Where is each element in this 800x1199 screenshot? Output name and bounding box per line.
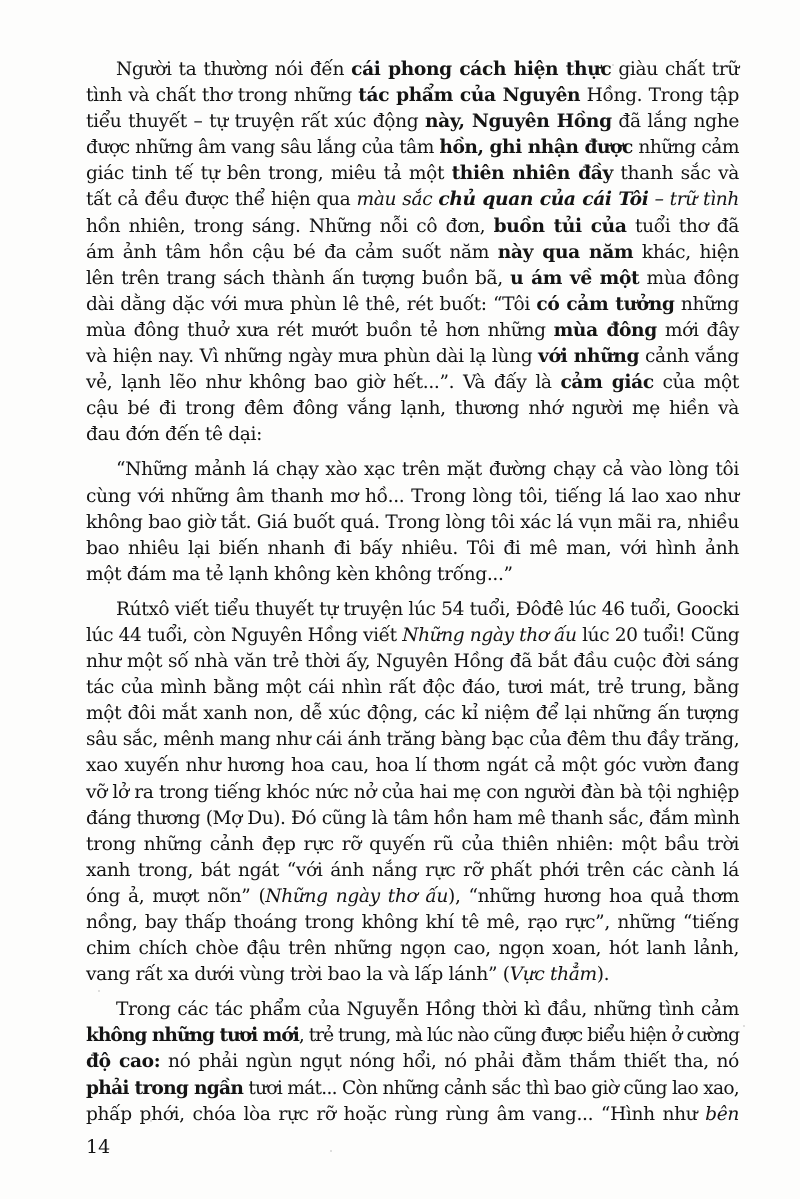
- bold-text: không những tươi mới: [86, 1025, 299, 1046]
- bold-text: với những: [538, 346, 639, 367]
- text-run: óng ả, mượt nõn” (: [86, 886, 265, 907]
- scan-speck: [98, 990, 100, 992]
- text-run: cùng với những âm thanh mơ hồ... Trong l…: [86, 486, 739, 507]
- text-line: đáng thương (Mợ Du). Đó cũng là tâm hồn …: [86, 806, 739, 832]
- text-line: độ cao: nó phải ngùn ngụt nóng hổi, nó p…: [86, 1049, 739, 1075]
- text-line: được những âm vang sâu lắng của tâm hồn,…: [86, 135, 739, 161]
- text-run: ).: [597, 964, 609, 985]
- text-line: phấp phới, chóa lòa rực rỡ hoặc rùng rùn…: [86, 1102, 739, 1128]
- text-run: nồng, bay thấp thoáng trong không khí tê…: [86, 912, 739, 933]
- text-line: Trong các tác phẩm của Nguyễn Hồng thời …: [86, 997, 739, 1023]
- text-run: ), “những hương hoa quả thơm: [448, 886, 739, 907]
- bold-text: tác phẩm của Nguyên: [358, 85, 580, 106]
- text-line: xao xuyến như hương hoa cau, hoa lí thơm…: [86, 753, 739, 779]
- text-run: xanh trong, bát ngát “với ánh nắng rực r…: [86, 860, 739, 881]
- body-paragraph: Trong các tác phẩm của Nguyễn Hồng thời …: [86, 997, 739, 1127]
- italic-text: Những ngày thơ ấu: [402, 625, 576, 646]
- text-run: phấp phới, chóa lòa rực rỡ hoặc rùng rùn…: [86, 1104, 705, 1125]
- text-run: tươi mát... Còn những cảnh sắc thì bao g…: [243, 1078, 739, 1099]
- text-run: không bao giờ tắt. Giá buốt quá. Trong l…: [86, 512, 739, 533]
- text-line: giác tinh tế tự bên trong, miêu tả một t…: [86, 161, 739, 187]
- italic-text: màu sắc: [357, 189, 439, 210]
- text-line: xanh trong, bát ngát “với ánh nắng rực r…: [86, 858, 739, 884]
- italic-text: – trữ tình: [648, 189, 739, 210]
- text-run: khác, hiện: [633, 242, 739, 263]
- text-line: dài dằng dặc với mưa phùn lê thê, rét bu…: [86, 292, 739, 318]
- bold-text: này qua năm: [498, 242, 634, 263]
- bold-text: này, Nguyên Hồng: [425, 111, 612, 132]
- text-run: Trong các tác phẩm của Nguyễn Hồng thời …: [116, 999, 739, 1020]
- paragraph-gap: [86, 988, 739, 997]
- text-line: lên trên trang sách thành ấn tượng buồn …: [86, 266, 739, 292]
- text-run: trong những cảnh đẹp rực rỡ quyến rũ của…: [86, 834, 739, 855]
- text-run: vỡ lở ra trong tiếng khóc nức nở của hai…: [86, 782, 739, 803]
- bold-text: u ám về một: [510, 268, 639, 289]
- text-line: phải trong ngần tươi mát... Còn những cả…: [86, 1076, 739, 1102]
- text-run: Hồng. Trong tập: [580, 85, 739, 106]
- text-line: và hiện nay. Vì những ngày mưa phùn dài …: [86, 344, 739, 370]
- text-line: tình và chất thơ trong những tác phẩm củ…: [86, 83, 739, 109]
- text-line: như một số nhà văn trẻ thời ấy, Nguyên H…: [86, 649, 739, 675]
- text-run: giác tinh tế tự bên trong, miêu tả một: [86, 163, 452, 184]
- text-run: lúc 44 tuổi, còn Nguyên Hồng viết: [86, 625, 402, 646]
- text-line: vẻ, lạnh lẽo như không bao giờ hết...”. …: [86, 370, 739, 396]
- text-run: một đám ma tẻ lạnh không kèn không trống…: [86, 564, 513, 585]
- page-body-text: Người ta thường nói đến cái phong cách h…: [86, 57, 739, 1128]
- text-run: được những âm vang sâu lắng của tâm: [86, 137, 439, 158]
- paragraph-gap: [86, 588, 739, 597]
- text-line: một đám ma tẻ lạnh không kèn không trống…: [86, 562, 739, 588]
- bold-italic-text: chủ quan của cái Tôi: [438, 189, 648, 210]
- bold-text: phải trong ngần: [86, 1078, 243, 1099]
- body-paragraph: Người ta thường nói đến cái phong cách h…: [86, 57, 739, 448]
- text-line: vỡ lở ra trong tiếng khóc nức nở của hai…: [86, 780, 739, 806]
- text-line: hồn nhiên, trong sáng. Những nỗi cô đơn,…: [86, 214, 739, 240]
- text-line: tất cả đều được thể hiện qua màu sắc chủ…: [86, 187, 739, 213]
- text-line: một đôi mắt xanh non, dễ xúc động, các k…: [86, 701, 739, 727]
- text-run: vang rất xa dưới vùng trời bao la và lấp…: [86, 964, 510, 985]
- text-run: tình và chất thơ trong những: [86, 85, 358, 106]
- text-run: giàu chất trữ: [611, 59, 739, 80]
- text-run: đáng thương (Mợ Du). Đó cũng là tâm hồn …: [86, 808, 739, 829]
- text-line: tiểu thuyết – tự truyện rất xúc động này…: [86, 109, 739, 135]
- scan-speck: [612, 64, 614, 66]
- bold-text: hồn, ghi nhận được: [439, 137, 633, 158]
- text-run: tiểu thuyết – tự truyện rất xúc động: [86, 111, 425, 132]
- text-run: của một: [654, 372, 739, 393]
- text-run: , trẻ trung, mà lúc nào cũng được biểu h…: [299, 1025, 739, 1046]
- italic-text: Vực thẳm: [510, 964, 597, 985]
- text-line: bao nhiêu lại biến nhanh đi bấy nhiêu. T…: [86, 536, 739, 562]
- text-line: tác của mình bằng một cái nhìn rất độc đ…: [86, 675, 739, 701]
- text-run: “Những mảnh lá chạy xào xạc trên mặt đườ…: [116, 459, 739, 480]
- text-run: như một số nhà văn trẻ thời ấy, Nguyên H…: [86, 651, 739, 672]
- text-run: cậu bé đi trong đêm đông vắng lạnh, thươ…: [86, 398, 739, 419]
- text-run: sâu sắc, mênh mang như cái ánh trăng bàn…: [86, 729, 739, 750]
- book-page: Người ta thường nói đến cái phong cách h…: [0, 0, 800, 1199]
- bold-text: cái phong cách hiện thực: [351, 59, 611, 80]
- text-run: tất cả đều được thể hiện qua: [86, 189, 357, 210]
- text-line: không bao giờ tắt. Giá buốt quá. Trong l…: [86, 510, 739, 536]
- text-line: nồng, bay thấp thoáng trong không khí tê…: [86, 910, 739, 936]
- text-run: Rútxô viết tiểu thuyết tự truyện lúc 54 …: [116, 599, 739, 620]
- text-run: bao nhiêu lại biến nhanh đi bấy nhiêu. T…: [86, 538, 739, 559]
- text-line: mùa đông thuở xưa rét mướt buồn tẻ hơn n…: [86, 318, 739, 344]
- text-line: chim chích chòe đậu trên những ngọn cao,…: [86, 936, 739, 962]
- text-run: mùa đông: [639, 268, 739, 289]
- text-line: vang rất xa dưới vùng trời bao la và lấp…: [86, 962, 739, 988]
- text-run: và hiện nay. Vì những ngày mưa phùn dài …: [86, 346, 538, 367]
- text-run: nó phải ngùn ngụt nóng hổi, nó phải đằm …: [160, 1051, 739, 1072]
- text-run: một đôi mắt xanh non, dễ xúc động, các k…: [86, 703, 739, 724]
- text-line: sâu sắc, mênh mang như cái ánh trăng bàn…: [86, 727, 739, 753]
- text-line: ám ảnh tâm hồn cậu bé đa cảm suốt năm nà…: [86, 240, 739, 266]
- text-run: đã lắng nghe: [612, 111, 739, 132]
- text-line: Rútxô viết tiểu thuyết tự truyện lúc 54 …: [86, 597, 739, 623]
- text-line: Người ta thường nói đến cái phong cách h…: [86, 57, 739, 83]
- text-run: chim chích chòe đậu trên những ngọn cao,…: [86, 938, 739, 959]
- text-run: thanh sắc và: [613, 163, 739, 184]
- text-line: trong những cảnh đẹp rực rỡ quyến rũ của…: [86, 832, 739, 858]
- text-run: những: [675, 294, 739, 315]
- text-run: cảnh vắng: [639, 346, 739, 367]
- text-line: không những tươi mới, trẻ trung, mà lúc …: [86, 1023, 739, 1049]
- italic-text: bên: [705, 1104, 739, 1125]
- text-run: đau đớn đến tê dại:: [86, 424, 262, 445]
- bold-text: có cảm tưởng: [536, 294, 674, 315]
- page-number: 14: [86, 1136, 110, 1158]
- text-line: cùng với những âm thanh mơ hồ... Trong l…: [86, 484, 739, 510]
- text-line: lúc 44 tuổi, còn Nguyên Hồng viết Những …: [86, 623, 739, 649]
- text-line: óng ả, mượt nõn” (Những ngày thơ ấu), “n…: [86, 884, 739, 910]
- bold-text: cảm giác: [560, 372, 653, 393]
- quoted-passage: “Những mảnh lá chạy xào xạc trên mặt đườ…: [86, 457, 739, 587]
- body-paragraph: Rútxô viết tiểu thuyết tự truyện lúc 54 …: [86, 597, 739, 988]
- bold-text: buồn tủi của: [494, 216, 627, 237]
- text-line: cậu bé đi trong đêm đông vắng lạnh, thươ…: [86, 396, 739, 422]
- text-run: mới đây: [657, 320, 739, 341]
- text-run: ám ảnh tâm hồn cậu bé đa cảm suốt năm: [86, 242, 498, 263]
- text-run: lên trên trang sách thành ấn tượng buồn …: [86, 268, 510, 289]
- text-run: xao xuyến như hương hoa cau, hoa lí thơm…: [86, 755, 739, 776]
- text-line: “Những mảnh lá chạy xào xạc trên mặt đườ…: [86, 457, 739, 483]
- text-run: mùa đông thuở xưa rét mướt buồn tẻ hơn n…: [86, 320, 554, 341]
- bold-text: thiên nhiên đầy: [452, 163, 613, 184]
- bold-text: độ cao:: [86, 1051, 160, 1072]
- text-run: lúc 20 tuổi! Cũng: [577, 625, 740, 646]
- text-run: Người ta thường nói đến: [116, 59, 351, 80]
- text-run: tác của mình bằng một cái nhìn rất độc đ…: [86, 677, 739, 698]
- text-run: dài dằng dặc với mưa phùn lê thê, rét bu…: [86, 294, 536, 315]
- scan-speck: [330, 1150, 332, 1152]
- bold-text: mùa đông: [554, 320, 657, 341]
- text-run: vẻ, lạnh lẽo như không bao giờ hết...”. …: [86, 372, 560, 393]
- scan-speck: [150, 1120, 152, 1122]
- text-run: tuổi thơ đã: [627, 216, 739, 237]
- text-line: đau đớn đến tê dại:: [86, 422, 739, 448]
- italic-text: Những ngày thơ ấu: [265, 886, 448, 907]
- scan-speck: [743, 1025, 745, 1027]
- paragraph-gap: [86, 448, 739, 457]
- text-run: hồn nhiên, trong sáng. Những nỗi cô đơn,: [86, 216, 494, 237]
- text-run: những cảm: [633, 137, 739, 158]
